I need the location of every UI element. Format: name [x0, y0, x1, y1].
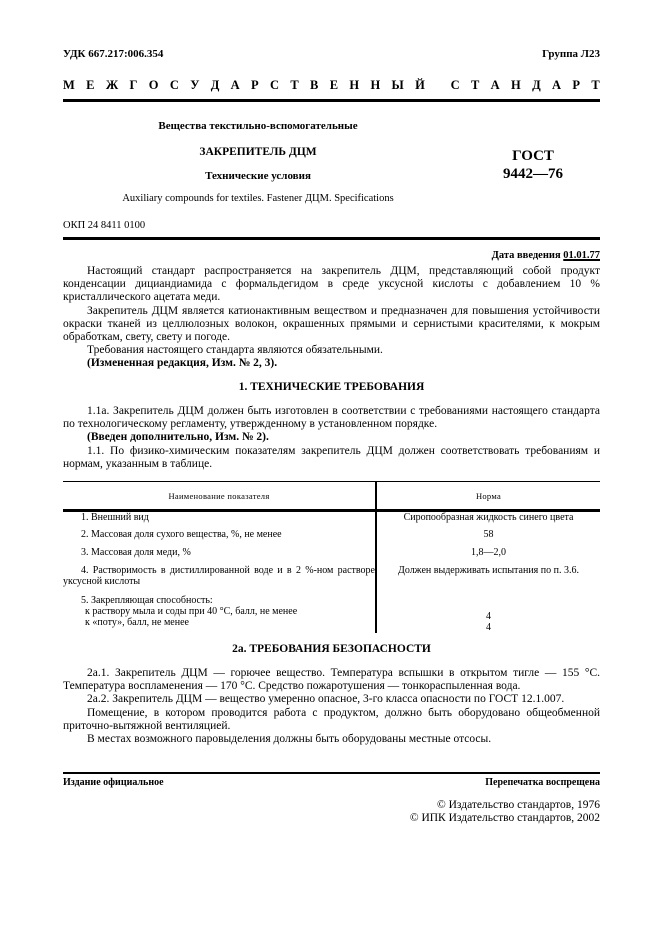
okp-code: ОКП 24 8411 0100	[63, 220, 145, 231]
banner-letter: Й	[415, 78, 425, 93]
indicator-name: 4. Растворимость в дистиллированной воде…	[63, 565, 375, 587]
date-value: 01.01.77	[563, 250, 600, 261]
english-title: Auxiliary compounds for textiles. Fasten…	[63, 193, 453, 204]
indicator-name: 3. Массовая доля меди, %	[63, 547, 375, 558]
banner-letter: Ы	[392, 78, 404, 93]
gost-label: ГОСТ	[483, 147, 583, 165]
norm-value: Сиропообразная жидкость синего цвета	[376, 511, 600, 529]
safety-paragraph: Помещение, в котором проводится работа с…	[63, 707, 600, 733]
banner-letter: А	[552, 78, 561, 93]
banner-letter: А	[231, 78, 240, 93]
safety-paragraph: 2а.1. Закрепитель ДЦМ — горючее вещество…	[63, 667, 600, 693]
banner-letter: Д	[532, 78, 541, 93]
norm-value: 4	[377, 611, 600, 622]
reprint-prohibited-label: Перепечатка воспрещена	[485, 777, 600, 788]
banner-letter: А	[491, 78, 500, 93]
indicator-sub-name: к «поту», балл, не менее	[63, 617, 375, 628]
banner-letter: С	[451, 78, 460, 93]
indicator-name: 1. Внешний вид	[63, 512, 375, 523]
document-title: ЗАКРЕПИТЕЛЬ ДЦМ	[63, 146, 453, 158]
section-2a-body: 2а.1. Закрепитель ДЦМ — горючее вещество…	[63, 667, 600, 746]
norm-value: 1,8—2,0	[376, 547, 600, 565]
title-rule	[63, 237, 600, 240]
banner-letter: Т	[290, 78, 298, 93]
banner-letter: Н	[349, 78, 359, 93]
banner-letter: Н	[370, 78, 380, 93]
intro-paragraph: Требования настоящего стандарта являются…	[63, 344, 600, 357]
intro-paragraph: Закрепитель ДЦМ является катионактивным …	[63, 305, 600, 345]
intro-paragraph: Настоящий стандарт распространяется на з…	[63, 265, 600, 305]
indicator-sub-name: к раствору мыла и соды при 40 °С, балл, …	[63, 606, 375, 617]
group-code: Группа Л23	[542, 48, 600, 60]
gost-designation: ГОСТ 9442—76	[483, 147, 583, 183]
table-row: 3. Массовая доля меди, % 1,8—2,0	[63, 547, 600, 565]
amendment-note: (Введен дополнительно, Изм. № 2).	[63, 431, 600, 444]
footer-rule	[63, 772, 600, 774]
category-heading: Вещества текстильно-вспомогательные	[63, 120, 453, 132]
banner-letter	[436, 78, 439, 93]
top-rule	[63, 99, 600, 102]
table-row: 5. Закрепляющая способность: к раствору …	[63, 595, 600, 633]
banner-letter: Е	[330, 78, 338, 93]
banner-letter: Т	[591, 78, 599, 93]
indicator-name: 2. Массовая доля сухого вещества, %, не …	[63, 529, 375, 540]
section-1-body: 1.1а. Закрепитель ДЦМ должен быть изгото…	[63, 405, 600, 471]
date-label: Дата введения	[492, 250, 561, 261]
intro-section: Настоящий стандарт распространяется на з…	[63, 265, 600, 371]
official-edition-label: Издание официальное	[63, 777, 164, 788]
banner-letter: Р	[251, 78, 259, 93]
indicator-name: 5. Закрепляющая способность:	[63, 595, 375, 606]
banner-letter: Д	[211, 78, 220, 93]
interstate-standard-banner: МЕЖГОСУДАРСТВЕННЫЙ СТАНДАРТ	[63, 78, 600, 93]
paragraph-1-1a: 1.1а. Закрепитель ДЦМ должен быть изгото…	[63, 405, 600, 431]
banner-letter: Р	[572, 78, 580, 93]
banner-letter: Ж	[106, 78, 118, 93]
norm-value: 58	[376, 529, 600, 547]
safety-paragraph: В местах возможного паровыделения должны…	[63, 733, 600, 746]
banner-letter: В	[310, 78, 318, 93]
section-2a-heading: 2а. ТРЕБОВАНИЯ БЕЗОПАСНОСТИ	[63, 643, 600, 655]
norm-value: Должен выдерживать испытания по п. 3.6.	[376, 565, 600, 595]
copyright-line: © Издательство стандартов, 1976	[410, 799, 600, 812]
introduction-date: Дата введения 01.01.77	[492, 250, 600, 261]
copyright-line: © ИПК Издательство стандартов, 2002	[410, 812, 600, 825]
banner-letter: Т	[471, 78, 479, 93]
section-1-heading: 1. ТЕХНИЧЕСКИЕ ТРЕБОВАНИЯ	[63, 381, 600, 393]
udk-code: УДК 667.217:006.354	[63, 48, 163, 60]
paragraph-1-1: 1.1. По физико-химическим показателям за…	[63, 445, 600, 471]
gost-number: 9442—76	[483, 165, 583, 183]
banner-letter: У	[190, 78, 199, 93]
banner-letter: С	[270, 78, 279, 93]
banner-letter: Н	[511, 78, 521, 93]
norm-value: 4	[377, 622, 600, 633]
column-header-indicator: Наименование показателя	[63, 482, 376, 511]
banner-letter: О	[149, 78, 159, 93]
column-header-norm: Норма	[376, 482, 600, 511]
banner-letter: Е	[86, 78, 94, 93]
copyright-block: © Издательство стандартов, 1976 © ИПК Из…	[410, 799, 600, 825]
intro-amendment-note: (Измененная редакция, Изм. № 2, 3).	[63, 357, 600, 370]
banner-letter: С	[170, 78, 179, 93]
specifications-table: Наименование показателя Норма 1. Внешний…	[63, 481, 600, 633]
table-row: 1. Внешний вид Сиропообразная жидкость с…	[63, 511, 600, 529]
table-row: 4. Растворимость в дистиллированной воде…	[63, 565, 600, 595]
banner-letter: Г	[130, 78, 138, 93]
safety-paragraph: 2а.2. Закрепитель ДЦМ — вещество умеренн…	[63, 693, 600, 706]
table-row: 2. Массовая доля сухого вещества, %, не …	[63, 529, 600, 547]
banner-letter: М	[63, 78, 75, 93]
document-subtitle: Технические условия	[63, 170, 453, 182]
